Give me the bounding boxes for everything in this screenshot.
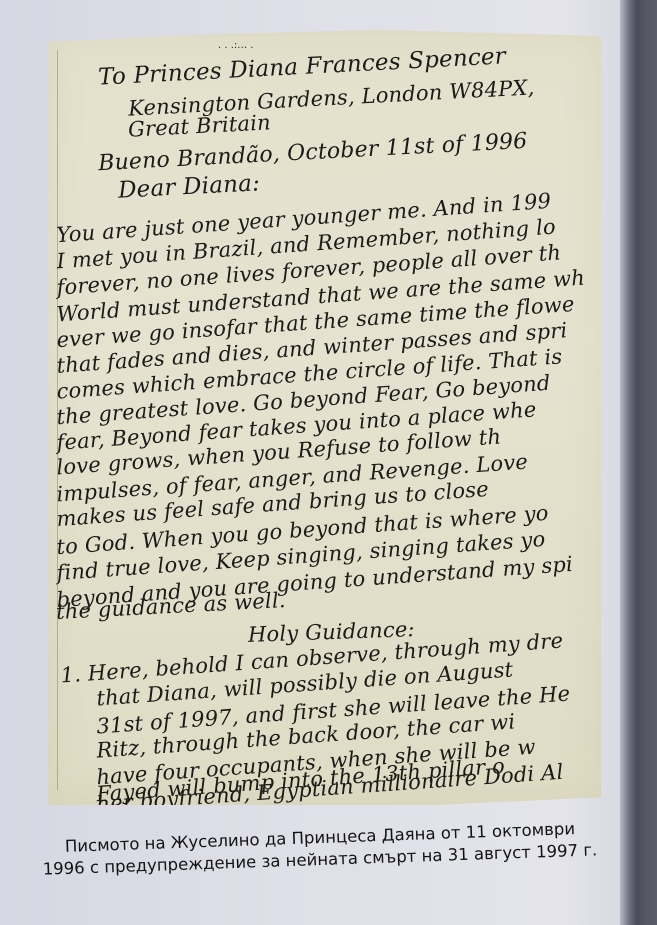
salutation: Dear Diana: [117, 172, 260, 202]
address-line-3: Great Britain [128, 112, 272, 140]
handwritten-letter: . . .:.‥ . To Princes Diana Frances Spen… [48, 30, 601, 805]
book-binding-shadow [620, 0, 657, 925]
paper-marks: . . .:.‥ . [218, 40, 253, 51]
